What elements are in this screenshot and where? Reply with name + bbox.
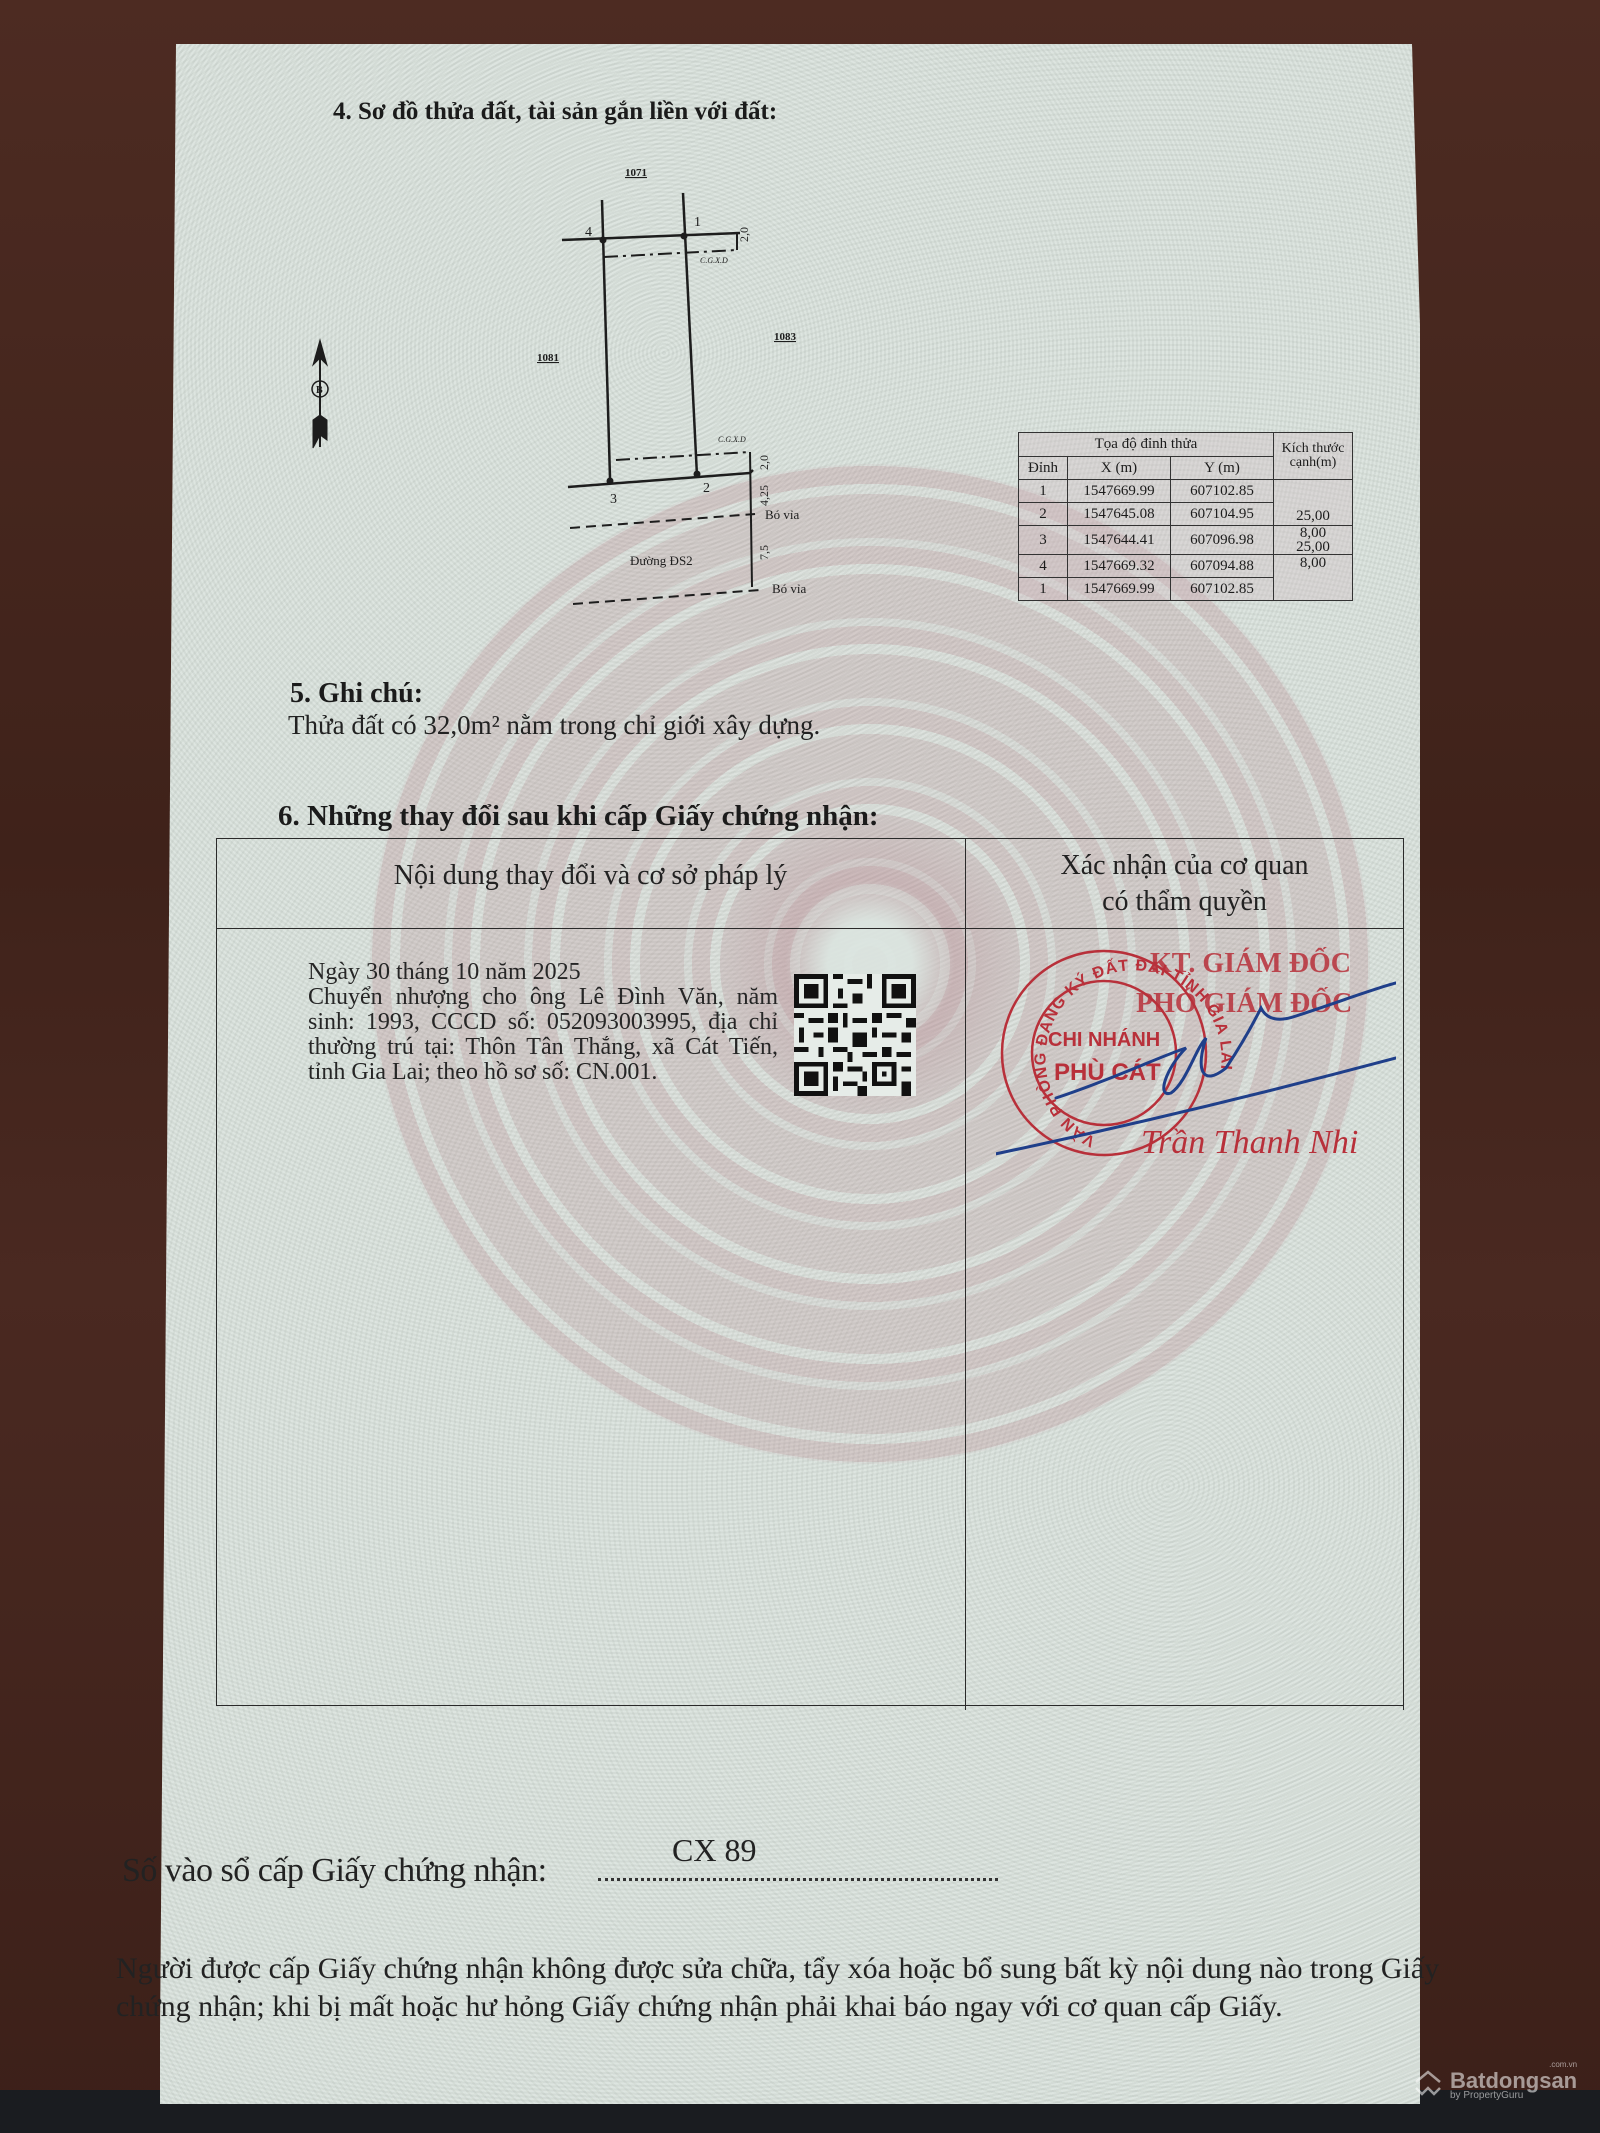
coord-col-x: X (m)	[1068, 457, 1171, 480]
change-content: Chuyển nhượng cho ông Lê Đình Văn, năm s…	[308, 985, 778, 1085]
change-date: Ngày 30 tháng 10 năm 2025	[308, 960, 778, 985]
x-cell: 1547669.99	[1068, 480, 1171, 503]
edge-length-cell: 25,00	[1274, 480, 1353, 526]
x-cell: 1547644.41	[1068, 526, 1171, 555]
vertex-cell: 2	[1019, 503, 1068, 526]
section5-title: 5. Ghi chú:	[290, 678, 423, 710]
registration-number: CX 89	[672, 1832, 756, 1869]
stamp-title-2: PHÓ GIÁM ĐỐC	[1136, 987, 1352, 1019]
section6-title: 6. Những thay đổi sau khi cấp Giấy chứng…	[278, 800, 879, 833]
qr-code-icon[interactable]	[794, 974, 916, 1096]
coord-col-y: Y (m)	[1171, 457, 1274, 480]
stamp-signer-name: Trần Thanh Nhi	[1141, 1124, 1358, 1161]
table-row: 1 1547669.99 607102.85 25,00	[1019, 480, 1353, 503]
vertex-cell: 1	[1019, 578, 1068, 601]
x-cell: 1547645.08	[1068, 503, 1171, 526]
column-divider	[965, 838, 966, 1710]
section5-note: Thửa đất có 32,0m² nằm trong chỉ giới xâ…	[288, 710, 820, 741]
registration-dotted-line	[598, 1870, 998, 1881]
y-cell: 607096.98	[1171, 526, 1274, 555]
coord-col-vertex: Đỉnh	[1019, 457, 1068, 480]
edge-length-cell: 8,00	[1274, 555, 1353, 601]
y-cell: 607102.85	[1171, 480, 1274, 503]
vertex-cell: 4	[1019, 555, 1068, 578]
vertex-cell: 1	[1019, 480, 1068, 503]
stamp-center-line2: PHÙ CÁT	[1054, 1058, 1161, 1086]
registration-label: Số vào sổ cấp Giấy chứng nhận:	[122, 1852, 547, 1890]
changes-col-confirm-header: Xác nhận của cơ quan có thẩm quyền	[965, 848, 1404, 920]
svg-text:VĂN PHÒNG ĐĂNG KÝ ĐẤT ĐAI TỈNH: VĂN PHÒNG ĐĂNG KÝ ĐẤT ĐAI TỈNH GIA LAI	[1032, 957, 1234, 1150]
x-cell: 1547669.99	[1068, 578, 1171, 601]
certificate-notice: Người được cấp Giấy chứng nhận không đượ…	[116, 1950, 1476, 2026]
batdongsan-logo-icon	[1412, 2068, 1444, 2098]
stamp-ring-text: VĂN PHÒNG ĐĂNG KÝ ĐẤT ĐAI TỈNH GIA LAI	[1032, 957, 1234, 1150]
coord-header-length: Kích thước cạnh(m)	[1274, 433, 1353, 480]
confirm-header-line2: có thẩm quyền	[965, 884, 1404, 920]
confirm-header-line1: Xác nhận của cơ quan	[965, 848, 1404, 884]
coordinate-table: Tọa độ đỉnh thửa Kích thước cạnh(m) Đỉnh…	[1018, 432, 1353, 601]
edge-length-3: 25,00	[1296, 539, 1330, 555]
watermark: Batdongsan .com.vn by PropertyGuru	[1450, 2068, 1577, 2101]
x-cell: 1547669.32	[1068, 555, 1171, 578]
edge-length-cell: 8,00 25,00	[1274, 526, 1353, 555]
table-row: 4 1547669.32 607094.88 8,00	[1019, 555, 1353, 578]
changes-table: Nội dung thay đổi và cơ sở pháp lý Xác n…	[216, 838, 1404, 1706]
stamp-title-1: KT. GIÁM ĐỐC	[1150, 947, 1351, 979]
y-cell: 607102.85	[1171, 578, 1274, 601]
y-cell: 607104.95	[1171, 503, 1274, 526]
watermark-tld: .com.vn	[1549, 2060, 1577, 2069]
coord-header-group: Tọa độ đỉnh thửa	[1019, 433, 1274, 457]
changes-col-content-header: Nội dung thay đổi và cơ sở pháp lý	[216, 860, 965, 892]
y-cell: 607094.88	[1171, 555, 1274, 578]
table-row: 3 1547644.41 607096.98 8,00 25,00	[1019, 526, 1353, 555]
stamp-center-line1: CHI NHÁNH	[1048, 1028, 1160, 1051]
right-border	[1403, 838, 1404, 1710]
official-stamp: VĂN PHÒNG ĐĂNG KÝ ĐẤT ĐAI TỈNH GIA LAI C…	[996, 928, 1396, 1168]
change-entry: Ngày 30 tháng 10 năm 2025 Chuyển nhượng …	[308, 960, 778, 1085]
section4-title: 4. Sơ đồ thửa đất, tài sản gắn liền với …	[333, 98, 777, 126]
vertex-cell: 3	[1019, 526, 1068, 555]
